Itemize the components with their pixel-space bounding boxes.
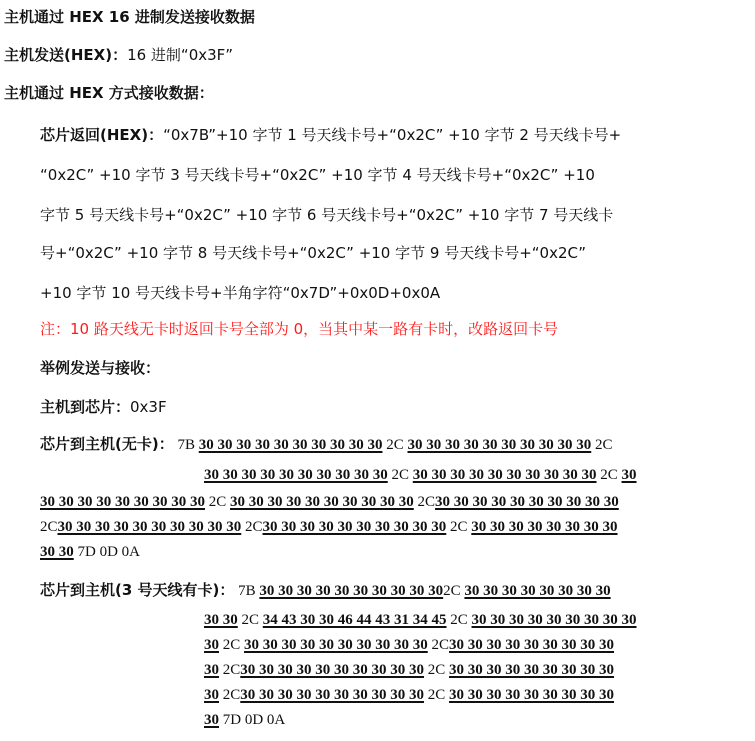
end-bytes: 7D 0D 0A — [223, 712, 286, 728]
separator: 2C — [450, 519, 468, 535]
chip-return-line-1: 芯片返回(HEX)：“0x7B”+10 字节 1 号天线卡号+“0x2C” +1… — [40, 124, 621, 145]
separator: 2C — [392, 467, 410, 483]
antenna-9-block: 30 30 30 30 30 30 30 30 30 30 — [263, 519, 447, 535]
antenna-10-block-start: 30 30 30 30 30 30 30 30 30 — [449, 687, 614, 703]
chip-return-line-3: 字节 5 号天线卡号+“0x2C” +10 字节 6 号天线卡号+“0x2C” … — [40, 204, 613, 225]
antenna-6-block-start: 30 30 30 30 30 30 30 30 30 — [449, 637, 614, 653]
host-send-line: 主机发送(HEX)：16 进制“0x3F” — [4, 44, 233, 65]
separator: 2C — [223, 687, 241, 703]
antenna-6-block-end: 30 — [204, 662, 219, 678]
host-to-chip-value: 0x3F — [130, 398, 167, 416]
chip-return-text: “0x7B”+10 字节 1 号天线卡号+“0x2C” +10 字节 2 号天线… — [163, 126, 621, 144]
chip-return-line-5: +10 字节 10 号天线卡号+半角字符“0x7D”+0x0D+0x0A — [40, 282, 440, 303]
separator: 2C — [245, 519, 263, 535]
separator: 2C — [386, 437, 404, 453]
antenna-8-block-start: 30 30 30 30 30 30 30 30 30 — [449, 662, 614, 678]
antenna-7-block: 30 30 30 30 30 30 30 30 30 30 — [435, 494, 619, 510]
antenna-4-block-start: 30 30 30 30 30 30 30 30 30 — [472, 612, 637, 628]
end-bytes: 7D 0D 0A — [78, 544, 141, 560]
antenna-2-block-start: 30 30 30 30 30 30 30 30 — [464, 583, 610, 599]
no-card-line-4: 2C30 30 30 30 30 30 30 30 30 30 2C30 30 … — [40, 519, 618, 536]
card3-line-6: 30 7D 0D 0A — [204, 712, 285, 729]
antenna-4-block-end: 30 — [204, 637, 219, 653]
chip-return-line-4: 号+“0x2C” +10 字节 8 号天线卡号+“0x2C” +10 字节 9 … — [40, 242, 586, 263]
antenna-10-block-start: 30 30 30 30 30 30 30 30 — [471, 519, 617, 535]
card3-line-2: 30 30 2C 34 43 30 30 46 44 43 31 34 45 2… — [204, 612, 637, 629]
separator: 2C — [443, 583, 461, 599]
start-byte: 7B — [238, 583, 256, 599]
example-heading: 举例发送与接收： — [40, 357, 160, 378]
no-card-line-2: 30 30 30 30 30 30 30 30 30 30 2C 30 30 3… — [204, 467, 637, 484]
host-send-value: 16 进制“0x3F” — [127, 46, 233, 64]
no-card-label: 芯片到主机(无卡)： — [40, 435, 174, 453]
host-to-chip-line: 主机到芯片：0x3F — [40, 396, 167, 417]
antenna-7-block: 30 30 30 30 30 30 30 30 30 30 — [240, 662, 424, 678]
antenna-9-block: 30 30 30 30 30 30 30 30 30 30 — [240, 687, 424, 703]
separator: 2C — [600, 467, 618, 483]
antenna-6-block: 30 30 30 30 30 30 30 30 30 30 — [230, 494, 414, 510]
separator: 2C — [223, 662, 241, 678]
antenna-4-block: 30 30 30 30 30 30 30 30 30 30 — [413, 467, 597, 483]
host-send-label: 主机发送(HEX)： — [4, 46, 127, 64]
no-card-line-3: 30 30 30 30 30 30 30 30 30 2C 30 30 30 3… — [40, 494, 619, 511]
separator: 2C — [40, 519, 58, 535]
card3-label: 芯片到主机(3 号天线有卡)： — [40, 581, 234, 599]
antenna-1-block: 30 30 30 30 30 30 30 30 30 30 — [199, 437, 383, 453]
separator: 2C — [418, 494, 436, 510]
chip-return-label: 芯片返回(HEX)： — [40, 126, 163, 144]
antenna-10-block-end: 30 30 — [40, 544, 74, 560]
antenna-5-block-start: 30 — [622, 467, 637, 483]
separator: 2C — [209, 494, 227, 510]
separator: 2C — [595, 437, 613, 453]
antenna-3-block: 30 30 30 30 30 30 30 30 30 30 — [204, 467, 388, 483]
antenna-8-block-end: 30 — [204, 687, 219, 703]
no-card-line-5: 30 30 7D 0D 0A — [40, 544, 140, 561]
antenna-5-block-end: 30 30 30 30 30 30 30 30 30 — [40, 494, 205, 510]
chip-return-line-2: “0x2C” +10 字节 3 号天线卡号+“0x2C” +10 字节 4 号天… — [40, 164, 595, 185]
no-card-line-1: 芯片到主机(无卡)： 7B 30 30 30 30 30 30 30 30 30… — [40, 433, 613, 454]
card3-line-5: 30 2C30 30 30 30 30 30 30 30 30 30 2C 30… — [204, 687, 614, 704]
antenna-8-block: 30 30 30 30 30 30 30 30 30 30 — [58, 519, 242, 535]
host-receive-heading: 主机通过 HEX 方式接收数据： — [4, 82, 214, 103]
start-byte: 7B — [177, 437, 195, 453]
antenna-5-block: 30 30 30 30 30 30 30 30 30 30 — [244, 637, 428, 653]
separator: 2C — [242, 612, 260, 628]
separator: 2C — [428, 687, 446, 703]
separator: 2C — [223, 637, 241, 653]
card3-line-3: 30 2C 30 30 30 30 30 30 30 30 30 30 2C30… — [204, 637, 614, 654]
antenna-1-block: 30 30 30 30 30 30 30 30 30 30 — [259, 583, 443, 599]
antenna-10-block-end: 30 — [204, 712, 219, 728]
separator: 2C — [450, 612, 468, 628]
antenna-3-card-number: 34 43 30 30 46 44 43 31 34 45 — [263, 612, 447, 628]
card3-line-4: 30 2C30 30 30 30 30 30 30 30 30 30 2C 30… — [204, 662, 614, 679]
note-text: 注：10 路天线无卡时返回卡号全部为 0，当其中某一路有卡时，改路返回卡号 — [40, 318, 558, 339]
host-to-chip-label: 主机到芯片： — [40, 398, 130, 416]
document-title: 主机通过 HEX 16 进制发送接收数据 — [4, 6, 255, 27]
separator: 2C — [432, 637, 450, 653]
antenna-2-block-end: 30 30 — [204, 612, 238, 628]
antenna-2-block: 30 30 30 30 30 30 30 30 30 30 — [408, 437, 592, 453]
separator: 2C — [428, 662, 446, 678]
card3-line-1: 芯片到主机(3 号天线有卡)： 7B 30 30 30 30 30 30 30 … — [40, 579, 611, 600]
